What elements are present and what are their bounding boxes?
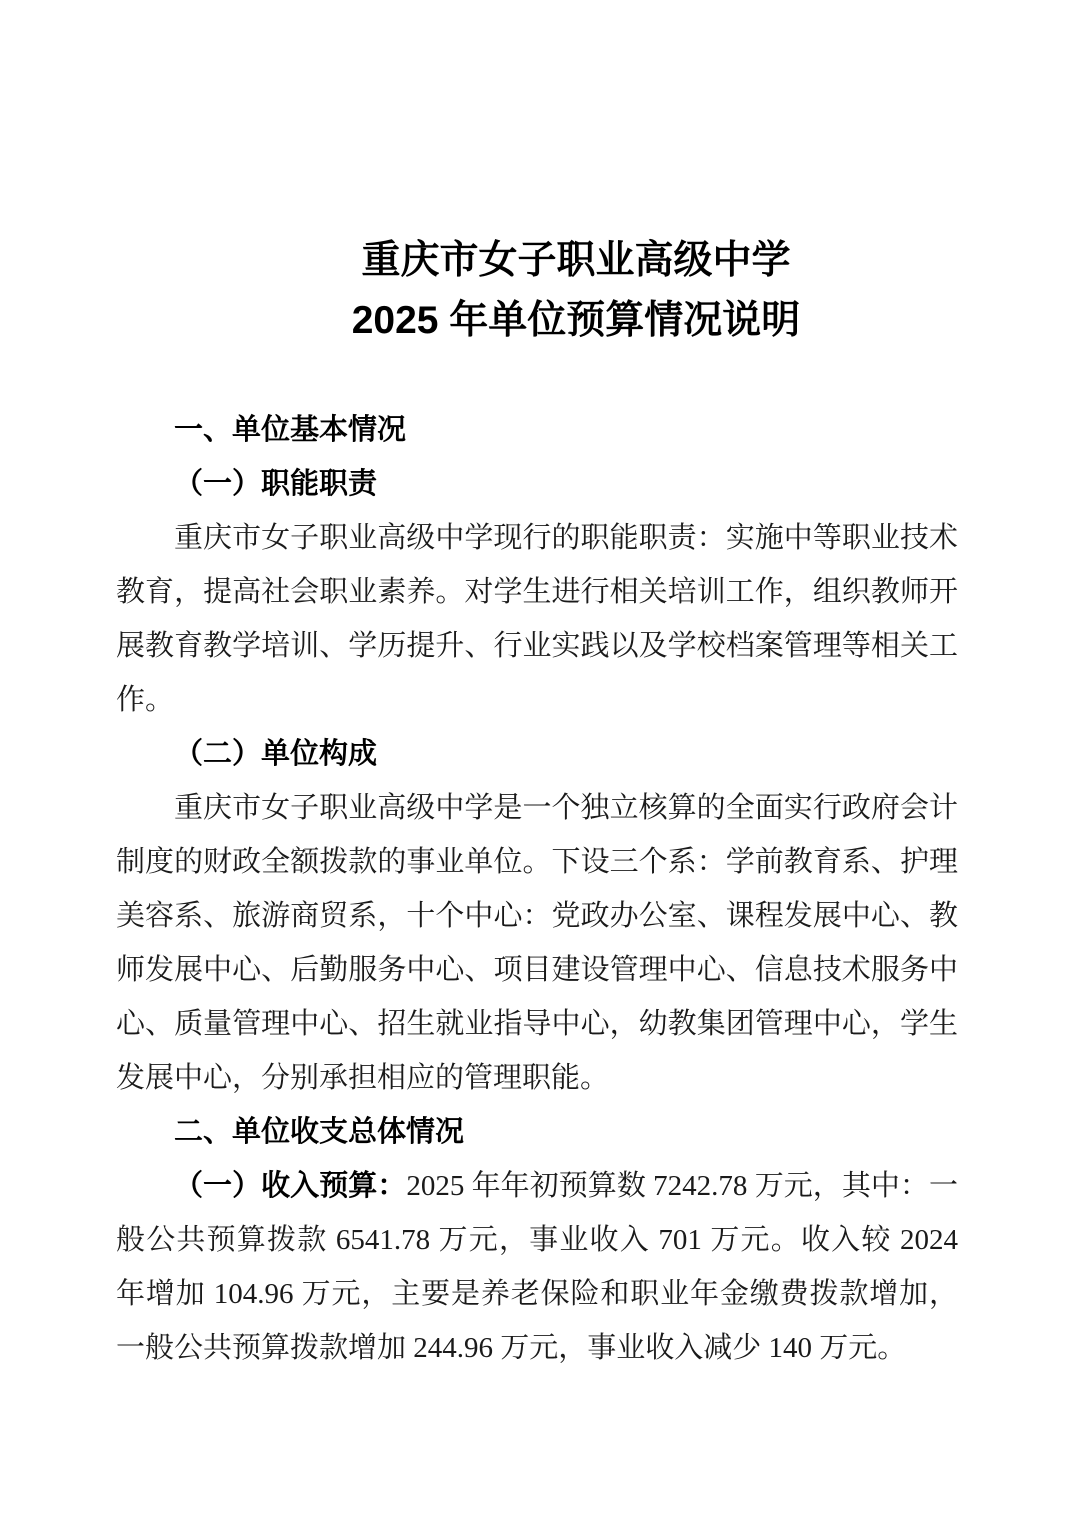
document-page: 重庆市女子职业高级中学 2025 年单位预算情况说明 一、单位基本情况 （一）职…: [0, 0, 1074, 1520]
paragraph-duties: 重庆市女子职业高级中学现行的职能职责：实施中等职业技术教育，提高社会职业素养。对…: [116, 511, 958, 727]
document-content: 重庆市女子职业高级中学 2025 年单位预算情况说明 一、单位基本情况 （一）职…: [116, 231, 958, 1375]
income-budget-label: （一）收入预算：: [174, 1170, 406, 1202]
paragraph-income-budget: （一）收入预算：2025 年年初预算数 7242.78 万元，其中：一般公共预算…: [116, 1159, 958, 1375]
heading-duties: （一）职能职责: [116, 457, 958, 511]
title-line-2: 2025 年单位预算情况说明: [194, 291, 958, 351]
heading-revenue-expenditure-overview: 二、单位收支总体情况: [116, 1105, 958, 1159]
paragraph-unit-composition: 重庆市女子职业高级中学是一个独立核算的全面实行政府会计制度的财政全额拨款的事业单…: [116, 781, 958, 1105]
heading-unit-composition: （二）单位构成: [116, 727, 958, 781]
title-line-1: 重庆市女子职业高级中学: [194, 231, 958, 291]
heading-unit-basic-info: 一、单位基本情况: [116, 403, 958, 457]
document-title: 重庆市女子职业高级中学 2025 年单位预算情况说明: [116, 231, 958, 351]
